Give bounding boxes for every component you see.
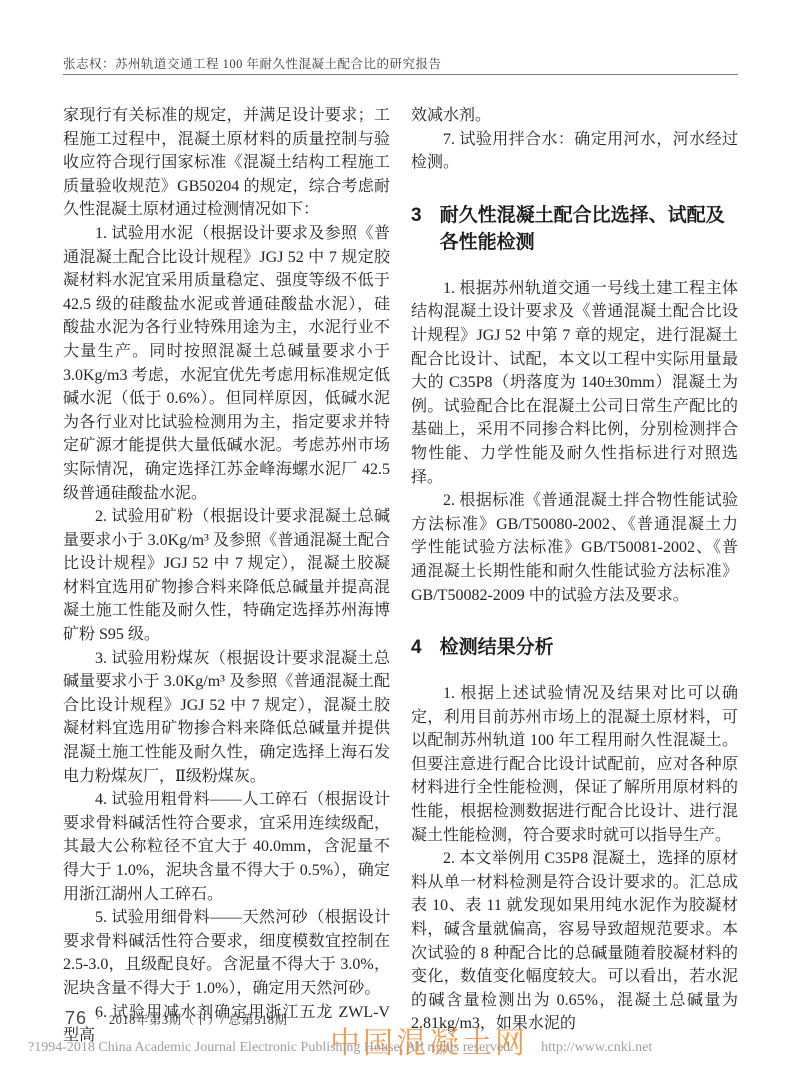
paragraph-slag-powder: 2. 试验用矿粉（根据设计要求混凝土总碱量要求小于 3.0Kg/m³ 及参照《普… [63,505,390,647]
paragraph-result-analysis-1: 1. 根据上述试验情况及结果对比可以确定，利用目前苏州市场上的混凝土原材料，可以… [411,682,738,847]
article-body: 家现行有关标准的规定，并满足设计要求；工程施工过程中，混凝土原材料的质量控制与验… [63,104,738,1048]
section-heading-3: 3 耐久性混凝土配合比选择、试配及各性能检测 [411,202,738,256]
paragraph-result-analysis-2: 2. 本文举例用 C35P8 混凝土，选择的原材料从单一材料检测是符合设计要求的… [411,847,738,1036]
page-number: 76 [65,1008,87,1029]
copyright-text: ?1994-2018 China Academic Journal Electr… [28,1040,514,1055]
paragraph-test-standards: 2. 根据标准《普通混凝土拌合物性能试验方法标准》GB/T50080-2002、… [411,489,738,607]
paragraph-coarse-aggregate: 4. 试验用粗骨料——人工碎石（根据设计要求骨料碱活性符合要求，宜采用连续级配，… [63,788,390,906]
paragraph-mixing-water: 7. 试验用拌合水：确定用河水，河水经过检测。 [411,128,738,175]
section-heading-4: 4 检测结果分析 [411,634,738,661]
bullet-separator: • [96,1013,100,1025]
left-column: 家现行有关标准的规定，并满足设计要求；工程施工过程中，混凝土原材料的质量控制与验… [63,104,390,1048]
paragraph-fly-ash: 3. 试验用粉煤灰（根据设计要求混凝土总碱量要求小于 3.0Kg/m³ 及参照《… [63,647,390,789]
paragraph-continuation: 家现行有关标准的规定，并满足设计要求；工程施工过程中，混凝土原材料的质量控制与验… [63,104,390,222]
paragraph-water-reducer-continuation: 效减水剂。 [411,104,738,128]
header-divider [63,74,738,75]
footer-issue-line: 76 • 2018年第3期（下）/ 总第518期 [65,1008,288,1029]
paragraph-cement: 1. 试验用水泥（根据设计要求及参照《普通混凝土配合比设计规程》JGJ 52 中… [63,222,390,505]
section-title: 检测结果分析 [440,634,738,661]
cnki-url: http://www.cnki.net [541,1040,652,1055]
journal-page: 张志权：苏州轨道交通工程 100 年耐久性混凝土配合比的研究报告 家现行有关标准… [0,0,800,1085]
section-title: 耐久性混凝土配合比选择、试配及各性能检测 [440,202,738,256]
running-title: 张志权：苏州轨道交通工程 100 年耐久性混凝土配合比的研究报告 [63,54,738,72]
issue-info: 2018年第3期（下）/ 总第518期 [109,1010,288,1028]
right-column: 效减水剂。 7. 试验用拌合水：确定用河水，河水经过检测。 3 耐久性混凝土配合… [411,104,738,1048]
paragraph-mix-design: 1. 根据苏州轨道交通一号线土建工程主体结构混凝土设计要求及《普通混凝土配合比设… [411,277,738,489]
section-number: 4 [411,634,422,661]
copyright-line: ?1994-2018 China Academic Journal Electr… [28,1040,788,1056]
paragraph-fine-aggregate: 5. 试验用细骨料——天然河砂（根据设计要求骨料碱活性符合要求，细度模数宜控制在… [63,906,390,1000]
section-number: 3 [411,202,422,229]
